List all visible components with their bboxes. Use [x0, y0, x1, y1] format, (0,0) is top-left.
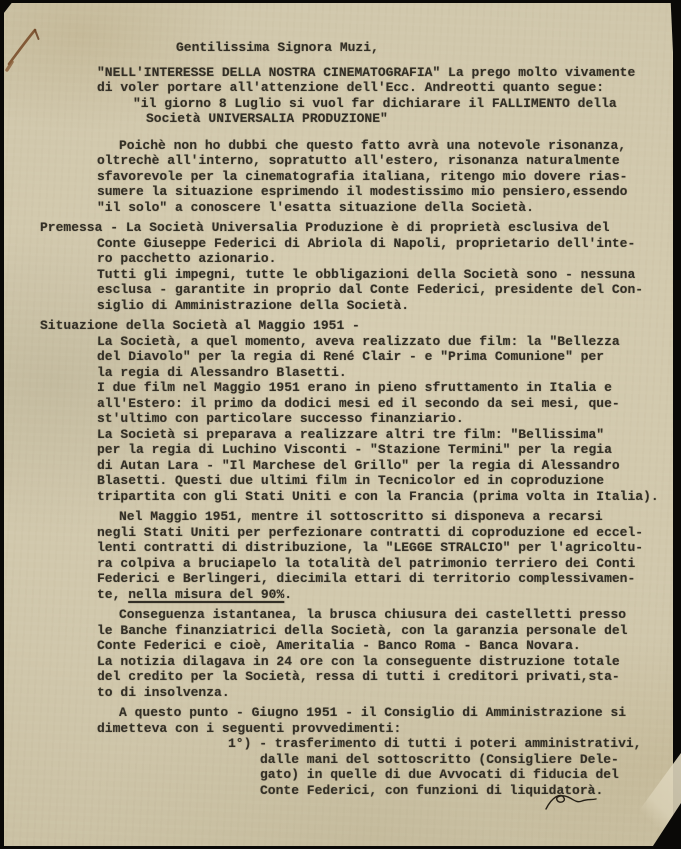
text-line: to di insolvenza. [97, 685, 681, 701]
text-line: ro pacchetto azionario. [97, 251, 681, 267]
text-line: I due film nel Maggio 1951 erano in pien… [97, 380, 681, 396]
underlined-text: nella misura del 90% [128, 587, 284, 602]
text-line: Situazione della Società al Maggio 1951 … [40, 318, 681, 334]
text-line: negli Stati Uniti per perfezionare contr… [97, 525, 681, 541]
text-line: "NELL'INTERESSE DELLA NOSTRA CINEMATOGRA… [97, 65, 681, 81]
text-line: Poichè non ho dubbi che questo fatto avr… [119, 138, 681, 154]
text-line: La notizia dilagava in 24 ore con la con… [97, 654, 681, 670]
text-line: st'ultimo con particolare successo finan… [97, 411, 681, 427]
text-line: Società UNIVERSALIA PRODUZIONE" [146, 111, 681, 127]
signature-initials-icon [543, 790, 599, 821]
text-line: all'Estero: il primo da dodici mesi ed i… [97, 396, 681, 412]
text-line: di Autan Lara - "Il Marchese del Grillo"… [97, 458, 681, 474]
text-line: dalle mani del sottoscritto (Consigliere… [260, 752, 681, 768]
pen-stroke-icon [2, 16, 54, 83]
text-line: del credito per la Società, ressa di tut… [97, 669, 681, 685]
paragraph-appeal: "NELL'INTERESSE DELLA NOSTRA CINEMATOGRA… [0, 65, 681, 127]
text-line: La Società, a quel momento, aveva realiz… [97, 334, 681, 350]
text-line: sumere la situazione esprimendo il modes… [97, 184, 681, 200]
paragraph-situazione: Situazione della Società al Maggio 1951 … [0, 318, 681, 504]
text-line: La Società si preparava a realizzare alt… [97, 427, 681, 443]
paragraph-poiche: Poichè non ho dubbi che questo fatto avr… [0, 138, 681, 216]
text-line: per la regia di Luchino Visconti - "Staz… [97, 442, 681, 458]
text-line: siglio di Amministrazione della Società. [97, 298, 681, 314]
paragraph-conseguenza: Conseguenza istantanea, la brusca chiusu… [0, 607, 681, 700]
text-line: del Diavolo" per la regia di René Clair … [97, 349, 681, 365]
text-line: Gentilissima Signora Muzi, [176, 40, 681, 56]
text-line: di voler portare all'attenzione dell'Ecc… [97, 80, 681, 96]
paragraph-salutation: Gentilissima Signora Muzi, [0, 40, 681, 56]
text-line: 1°) - trasferimento di tutti i poteri am… [228, 736, 681, 752]
text-line: Conseguenza istantanea, la brusca chiusu… [119, 607, 681, 623]
text-line: Nel Maggio 1951, mentre il sottoscritto … [119, 509, 681, 525]
scanned-letter-page: Gentilissima Signora Muzi,"NELL'INTERESS… [0, 0, 681, 849]
text-line: le Banche finanziatrici della Società, c… [97, 623, 681, 639]
text-line: tripartita con gli Stati Uniti e con la … [97, 489, 681, 505]
text-line: gato) in quelle di due Avvocati di fiduc… [260, 767, 681, 783]
text-line: "il solo" a conoscere l'esatta situazion… [97, 200, 681, 216]
text-line: Federici e Berlingeri, diecimila ettari … [97, 571, 681, 587]
text-line: lenti contratti di distribuzione, la "LE… [97, 540, 681, 556]
text-line: "il giorno 8 Luglio si vuol far dichiara… [133, 96, 681, 112]
text-line: esclusa - garantite in proprio dal Conte… [97, 282, 681, 298]
text-line: Premessa - La Società Universalia Produz… [40, 220, 681, 236]
text-line: Blasetti. Questi due ultimi film in Tecn… [97, 473, 681, 489]
text-line: A questo punto - Giugno 1951 - il Consig… [119, 705, 681, 721]
text-line: oltrechè all'interno, sopratutto all'est… [97, 153, 681, 169]
text-line: Conte Federici, con funzioni di liquidat… [260, 783, 681, 799]
paragraph-premessa: Premessa - La Società Universalia Produz… [0, 220, 681, 313]
scan-edge-top [0, 0, 681, 3]
text-line: Conte Giuseppe Federici di Abriola di Na… [97, 236, 681, 252]
text-line: la regia di Alessandro Blasetti. [97, 365, 681, 381]
text-line: dimetteva con i seguenti provvedimenti: [97, 721, 681, 737]
scan-edge-left [0, 0, 4, 849]
text-line: Conte Federici e cioè, Ameritalia - Banc… [97, 638, 681, 654]
text-span: . [284, 587, 292, 602]
document-text: Gentilissima Signora Muzi,"NELL'INTERESS… [0, 0, 681, 803]
text-line: Tutti gli impegni, tutte le obbligazioni… [97, 267, 681, 283]
text-line: sfavorevole per la cinematografia italia… [97, 169, 681, 185]
text-span: te, [97, 587, 128, 602]
paragraph-provvedimenti: A questo punto - Giugno 1951 - il Consig… [0, 705, 681, 798]
text-line: te, nella misura del 90%. [97, 587, 681, 603]
text-line: ra colpiva a bruciapelo la totalità del … [97, 556, 681, 572]
paragraph-legge-stralcio: Nel Maggio 1951, mentre il sottoscritto … [0, 509, 681, 602]
